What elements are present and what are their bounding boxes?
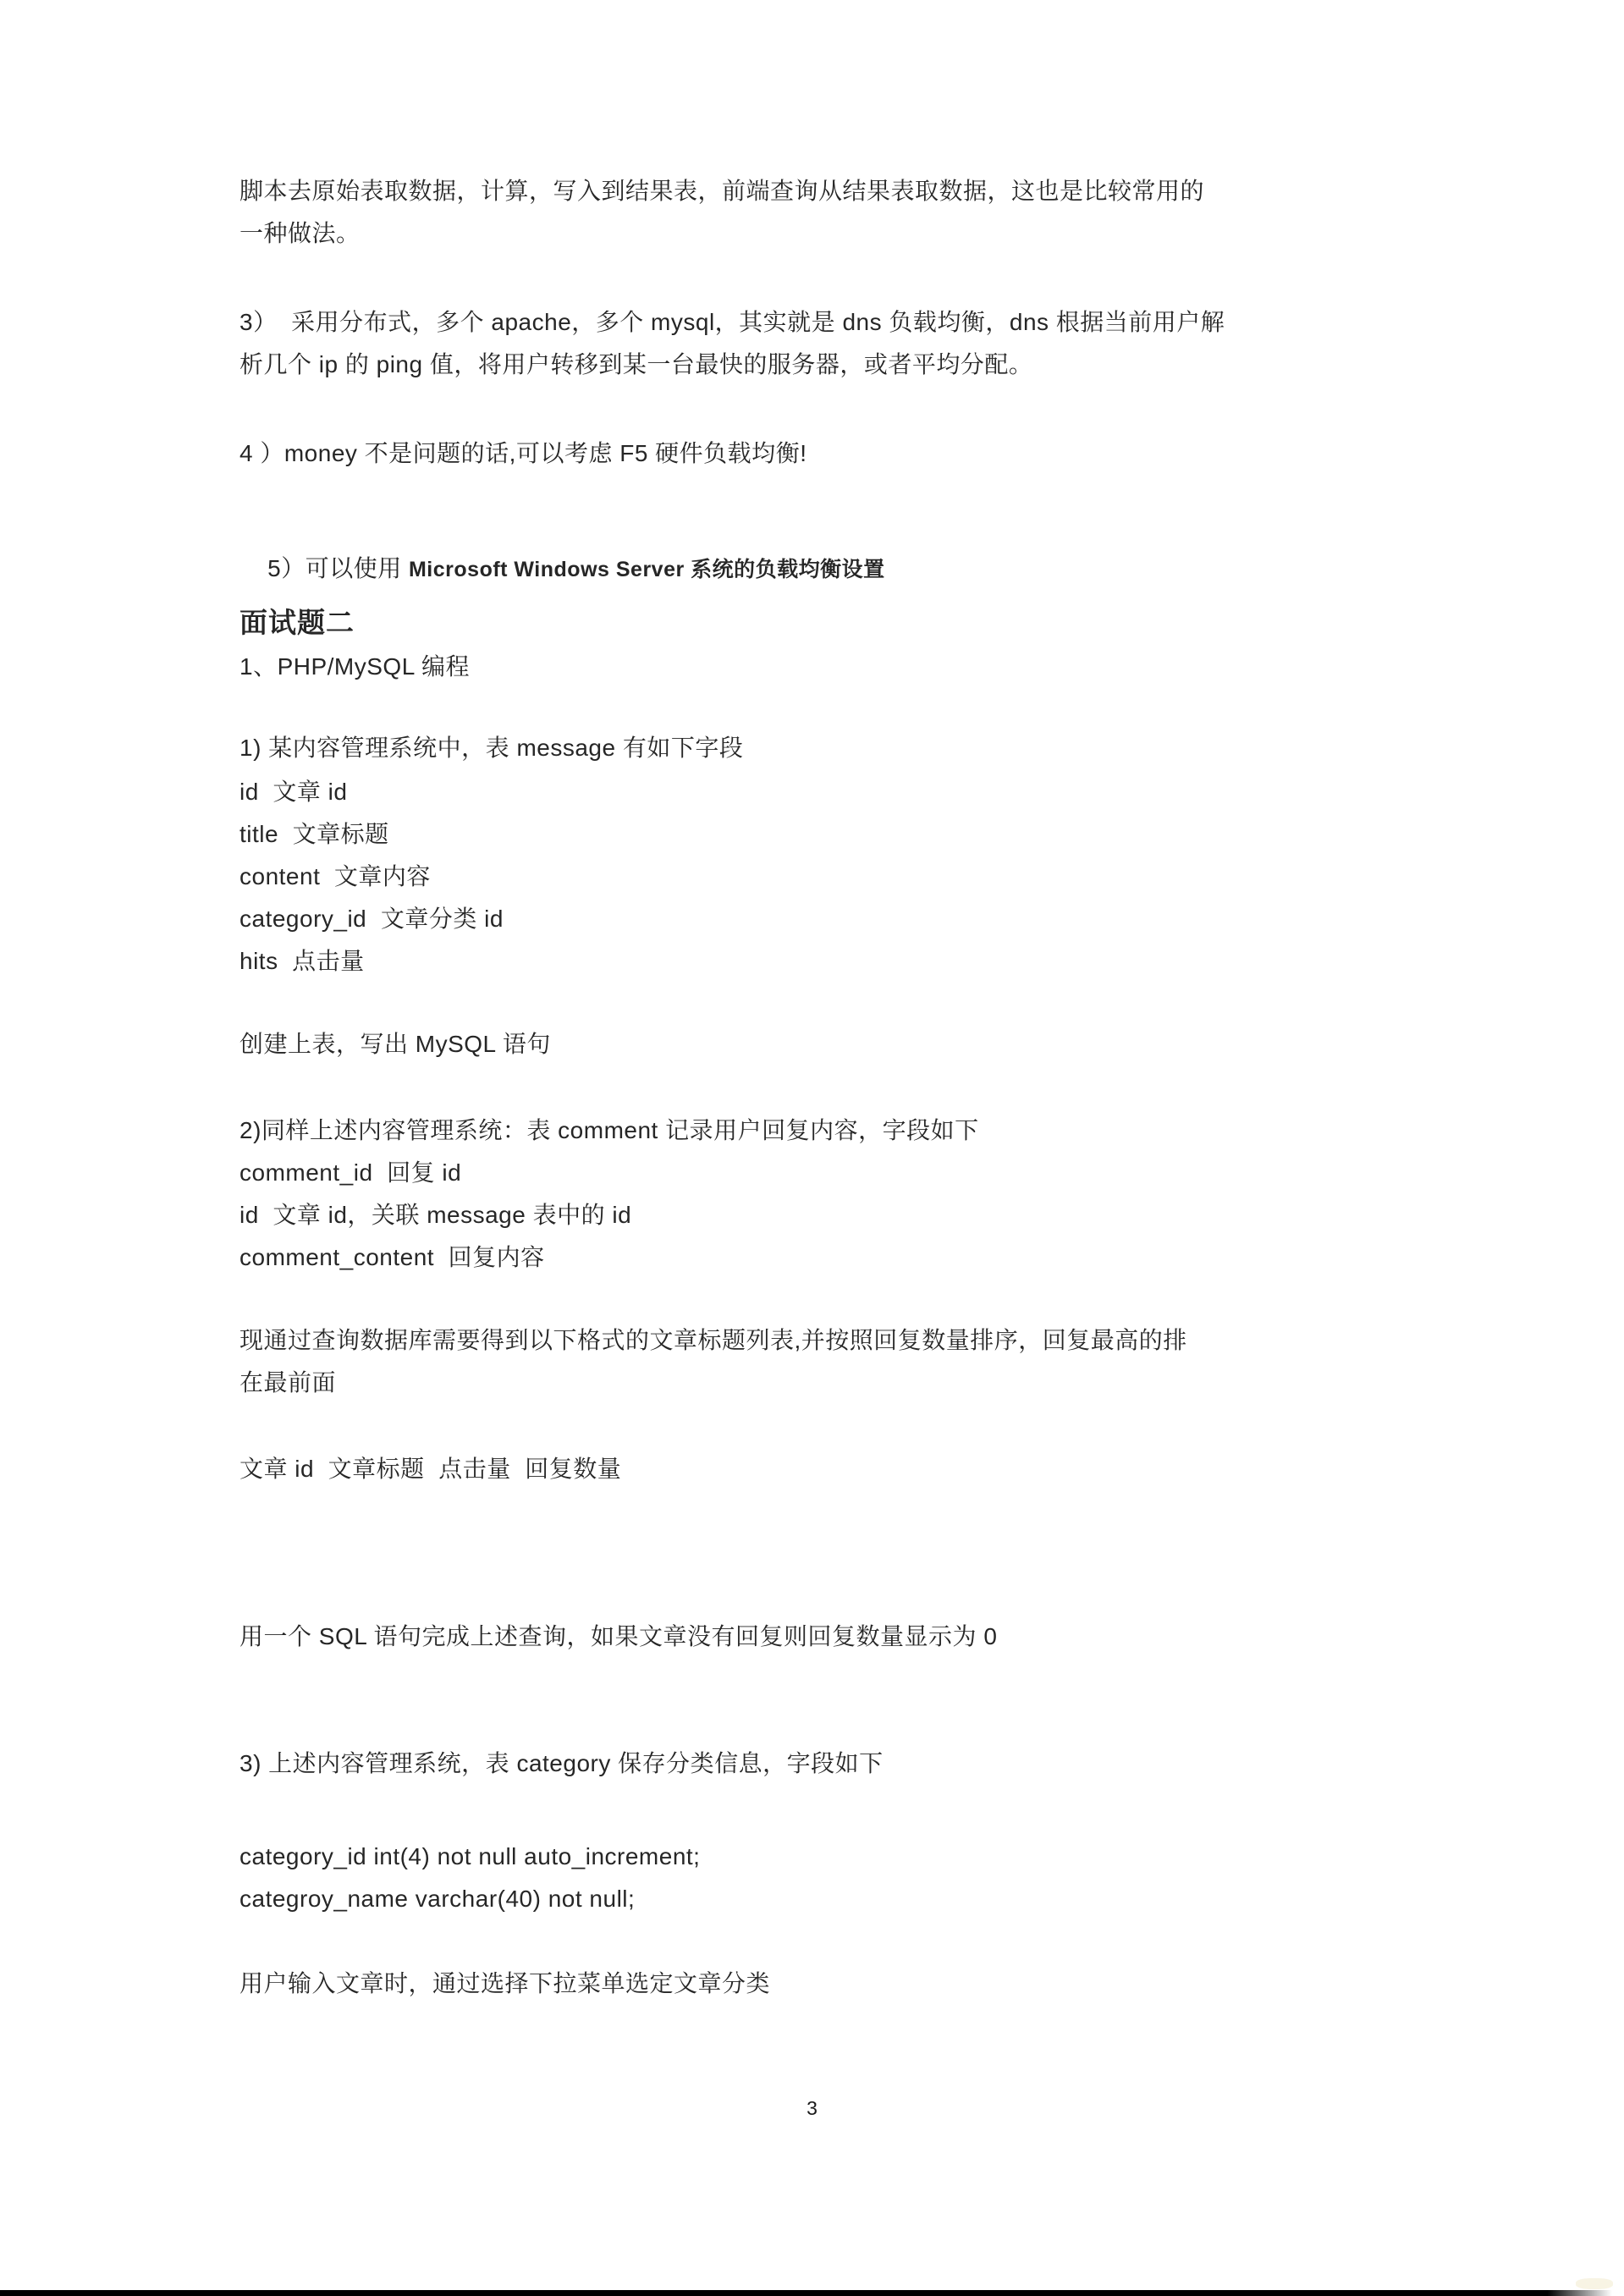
- field-category-id: category_id 文章分类 id: [239, 904, 1407, 934]
- category-field-def1: category_id int(4) not null auto_increme…: [239, 1842, 1407, 1872]
- requirement-line1: 现通过查询数据库需要得到以下格式的文章标题列表,并按照回复数量排序，回复最高的排: [239, 1325, 1407, 1356]
- field-id-relation: id 文章 id，关联 message 表中的 id: [239, 1200, 1407, 1231]
- field-hits: hits 点击量: [239, 946, 1407, 977]
- paragraph-item5: 5）可以使用 Microsoft Windows Server 系统的负载均衡设…: [239, 523, 1407, 615]
- question2-intro: 2)同样上述内容管理系统：表 comment 记录用户回复内容，字段如下: [239, 1115, 1407, 1146]
- page-number: 3: [0, 2097, 1624, 2120]
- paragraph-item5-prefix: 5）可以使用: [267, 555, 409, 581]
- field-content: content 文章内容: [239, 862, 1407, 892]
- scan-artifact-smudge: [1576, 2278, 1613, 2289]
- create-table-instruction: 创建上表，写出 MySQL 语句: [239, 1029, 1407, 1060]
- dropdown-instruction: 用户输入文章时，通过选择下拉菜单选定文章分类: [239, 1968, 1407, 1999]
- field-id: id 文章 id: [239, 777, 1407, 807]
- paragraph-item3-line1: 3） 采用分布式，多个 apache，多个 mysql，其实就是 dns 负载均…: [239, 307, 1407, 338]
- field-comment-id: comment_id 回复 id: [239, 1158, 1407, 1188]
- document-page: 脚本去原始表取数据，计算，写入到结果表，前端查询从结果表取数据，这也是比较常用的…: [0, 0, 1624, 2296]
- paragraph-item5-bold: Microsoft Windows Server 系统的负载均衡设置: [409, 558, 885, 581]
- question1-intro: 1) 某内容管理系统中，表 message 有如下字段: [239, 733, 1407, 763]
- section-heading-interview2: 面试题二: [239, 606, 355, 640]
- paragraph-intro-line2: 一种做法。: [239, 218, 1407, 249]
- field-comment-content: comment_content 回复内容: [239, 1242, 1407, 1273]
- field-title: title 文章标题: [239, 819, 1407, 850]
- paragraph-item3-line2: 析几个 ip 的 ping 值，将用户转移到某一台最快的服务器，或者平均分配。: [239, 350, 1407, 380]
- paragraph-intro-line1: 脚本去原始表取数据，计算，写入到结果表，前端查询从结果表取数据，这也是比较常用的: [239, 176, 1407, 206]
- category-field-def2: categroy_name varchar(40) not null;: [239, 1884, 1407, 1914]
- requirement-line2: 在最前面: [239, 1368, 1407, 1398]
- scan-artifact-bottom-bar: [0, 2290, 1612, 2296]
- paragraph-item4: 4 ）money 不是问题的话,可以考虑 F5 硬件负载均衡!: [239, 438, 1407, 469]
- question3-intro: 3) 上述内容管理系统，表 category 保存分类信息，字段如下: [239, 1748, 1407, 1779]
- result-columns-line: 文章 id 文章标题 点击量 回复数量: [239, 1454, 1407, 1484]
- subsection-php-mysql: 1、PHP/MySQL 编程: [239, 652, 1407, 682]
- sql-instruction: 用一个 SQL 语句完成上述查询，如果文章没有回复则回复数量显示为 0: [239, 1622, 1407, 1652]
